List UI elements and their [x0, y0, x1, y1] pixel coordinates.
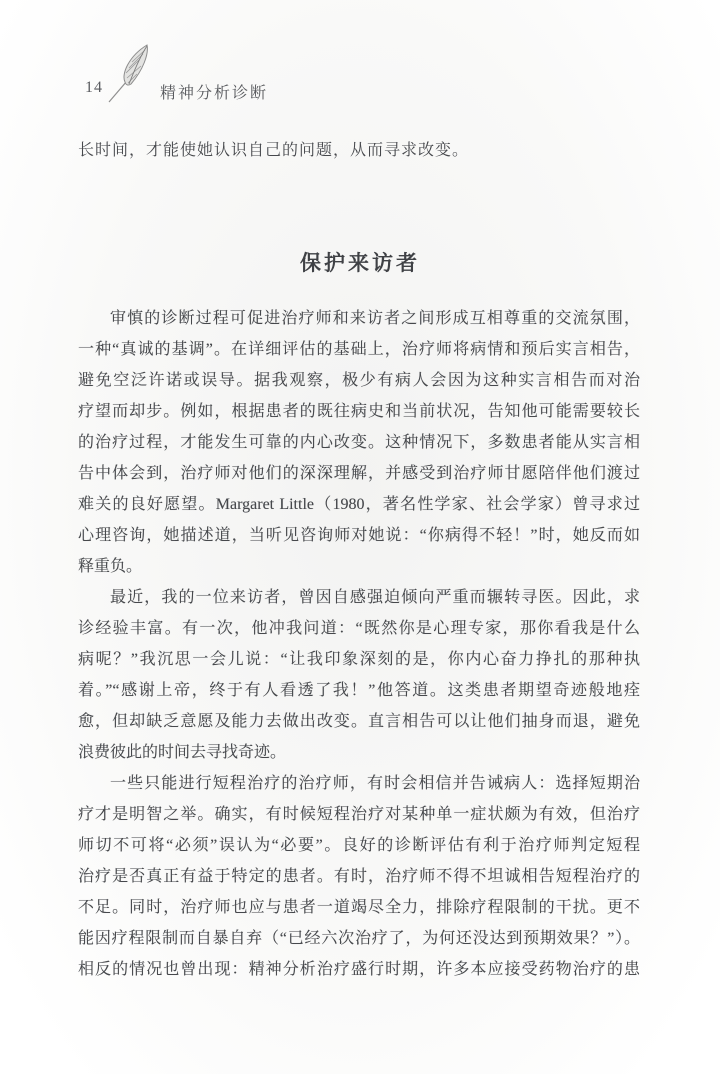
body-text-line: 愈，但却缺乏意愿及能力去做出改变。直言相告可以让他们抽身而退，避免: [78, 706, 640, 737]
body-text-line: 能因疗程限制而自暴自弃（“已经六次治疗了，为何还没达到预期效果？”）。: [78, 923, 640, 954]
body-text-line: 释重负。: [78, 551, 640, 582]
body-text-line: 告中体会到，治疗师对他们的深深理解，并感受到治疗师甘愿陪伴他们渡过: [78, 458, 640, 489]
body-text-line: 的治疗过程，才能发生可靠的内心改变。这种情况下，多数患者能从实言相: [78, 427, 640, 458]
body-text-line: 难关的良好愿望。Margaret Little（1980，著名性学家、社会学家）…: [78, 489, 640, 520]
body-text-line: 心理咨询，她描述道，当听见咨询师对她说：“你病得不轻！”时，她反而如: [78, 520, 640, 551]
body-text-line: 审慎的诊断过程可促进治疗师和来访者之间形成互相尊重的交流氛围，: [78, 303, 640, 334]
body-text-column: 审慎的诊断过程可促进治疗师和来访者之间形成互相尊重的交流氛围， 一种“真诚的基调…: [78, 303, 640, 985]
running-title: 精神分析诊断: [160, 80, 268, 103]
body-text-line: 相反的情况也曾出现：精神分析治疗盛行时期，许多本应接受药物治疗的患: [78, 954, 640, 985]
page-number: 14: [85, 79, 103, 97]
body-text-line: 不足。同时，治疗师也应与患者一道竭尽全力，排除疗程限制的干扰。更不: [78, 892, 640, 923]
body-text-line: 最近，我的一位来访者，曾因自感强迫倾向严重而辗转寻医。因此，求: [78, 582, 640, 613]
body-text-line: 浪费彼此的时间去寻找奇迹。: [78, 737, 640, 768]
body-text-line: 师切不可将“必须”误认为“必要”。良好的诊断评估有利于治疗师判定短程: [78, 830, 640, 861]
carryover-text-line: 长时间，才能使她认识自己的问题，从而寻求改变。: [78, 139, 640, 163]
body-text-line: 避免空泛许诺或误导。据我观察，极少有病人会因为这种实言相告而对治: [78, 365, 640, 396]
book-page: 14 精神分析诊断 长时间，才能使她认识自己的问题，从而寻求改变。 保护来访者 …: [0, 0, 720, 1074]
feather-quill-icon: [103, 40, 161, 108]
body-text-line: 着。”“感谢上帝，终于有人看透了我！”他答道。这类患者期望奇迹般地痊: [78, 675, 640, 706]
body-text-line: 一种“真诚的基调”。在详细评估的基础上，治疗师将病情和预后实言相告，: [78, 334, 640, 365]
body-text-line: 一些只能进行短程治疗的治疗师，有时会相信并告诫病人：选择短期治: [78, 768, 640, 799]
body-text-line: 疗才是明智之举。确实，有时候短程治疗对某种单一症状颇为有效，但治疗: [78, 799, 640, 830]
section-title: 保护来访者: [0, 247, 720, 277]
body-text-line: 治疗是否真正有益于特定的患者。有时，治疗师不得不坦诚相告短程治疗的: [78, 861, 640, 892]
body-text-line: 疗望而却步。例如，根据患者的既往病史和当前状况，告知他可能需要较长: [78, 396, 640, 427]
body-text-line: 诊经验丰富。有一次，他冲我问道：“既然你是心理专家，那你看我是什么: [78, 613, 640, 644]
body-text-line: 病呢？”我沉思一会儿说：“让我印象深刻的是，你内心奋力挣扎的那种执: [78, 644, 640, 675]
